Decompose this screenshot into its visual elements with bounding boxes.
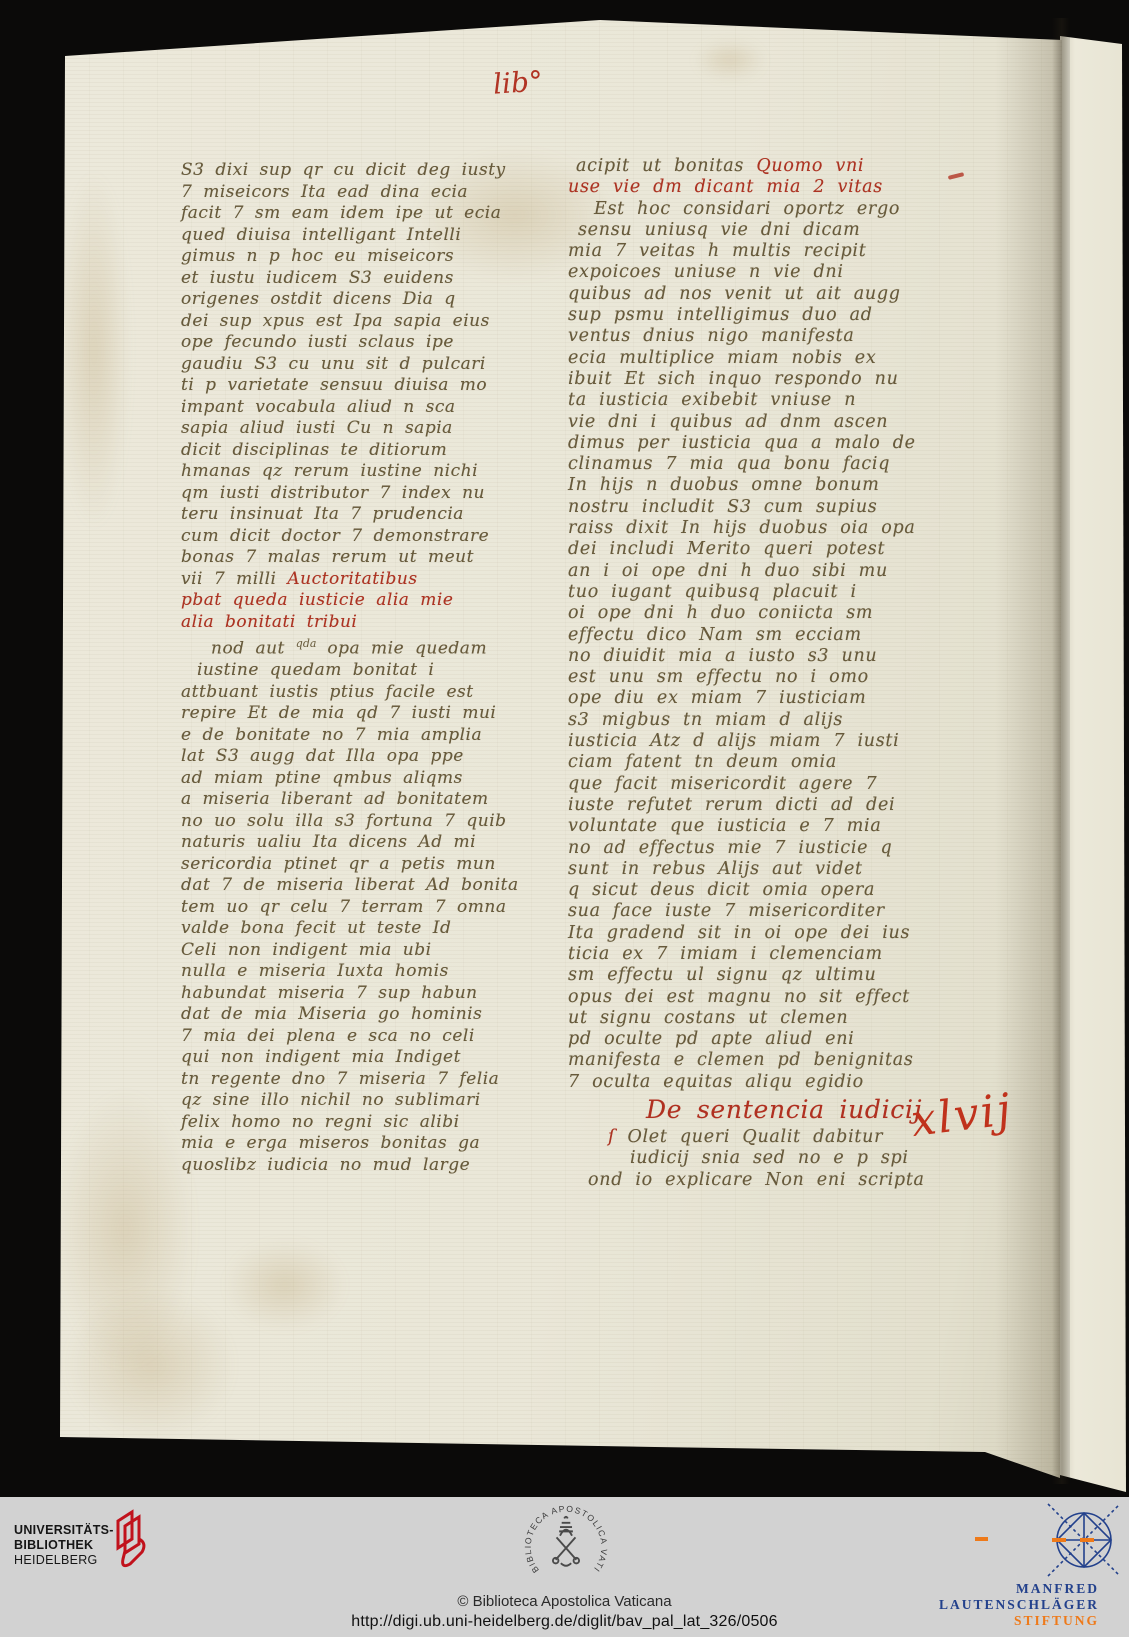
ink-text: sericordia ptinet qr a petis mun	[181, 854, 496, 874]
ink-text: Celi non indigent mia ubi	[181, 940, 432, 960]
manuscript-line: mia 7 veitas h multis recipit	[568, 241, 1036, 262]
manuscript-line: raiss dixit In hijs duobus oia opa	[568, 518, 1036, 539]
mls-line-1: MANFRED	[939, 1581, 1099, 1597]
manuscript-line: oi ope dni h duo coniicta sm	[568, 603, 1036, 624]
manuscript-line: 7 mia dei plena e sca no celi	[181, 1026, 553, 1048]
manuscript-line: Est hoc considari oportz ergo	[568, 199, 1036, 220]
ub-line-3: HEIDELBERG	[14, 1553, 114, 1568]
manuscript-line: opus dei est magnu no sit effect	[568, 987, 1036, 1008]
ink-text: ti p varietate sensuu diuisa mo	[181, 375, 487, 395]
manuscript-line: tn regente dno 7 miseria 7 felia	[181, 1069, 553, 1091]
ink-text: quibus ad nos venit ut ait augg	[568, 284, 901, 304]
ink-text: sua face iuste 7 misericorditer	[568, 901, 885, 921]
manuscript-line: sm effectu ul signu qz ultimu	[568, 965, 1036, 986]
rubric-text: Quomo vni	[756, 156, 864, 176]
manuscript-line: origenes ostdit dicens Dia q	[181, 289, 553, 311]
manuscript-line: que facit misericordit agere 7	[568, 774, 1036, 795]
mls-line-3: STIFTUNG	[939, 1613, 1099, 1629]
ink-text: S3 dixi sup qr cu dicit deg iusty	[181, 160, 506, 180]
ink-text: ta iusticia exibebit vniuse n	[568, 390, 856, 410]
ink-text: dimus per iusticia qua a malo de	[568, 433, 916, 453]
manuscript-line: repire Et de mia qd 7 iusti mui	[181, 703, 553, 725]
ink-text: valde bona fecit ut teste Id	[181, 918, 451, 938]
rubric-text: Auctoritatibus	[287, 569, 417, 589]
vatican-seal-icon: BIBLIOTECA APOSTOLICA VATICANA	[523, 1503, 609, 1589]
manuscript-line: dei sup xpus est Ipa sapia eius	[181, 311, 553, 333]
mls-compass-icon	[1040, 1503, 1124, 1577]
manuscript-line: naturis ualiu Ita dicens Ad mi	[181, 832, 553, 854]
manuscript-line: cum dicit doctor 7 demonstrare	[181, 526, 553, 548]
manuscript-line: expoicoes uniuse n vie dni	[568, 262, 1036, 283]
manuscript-line: S3 dixi sup qr cu dicit deg iusty	[181, 160, 553, 182]
footer-bar: UNIVERSITÄTS- BIBLIOTHEK HEIDELBERG BIBL…	[0, 1497, 1129, 1637]
manuscript-line: q sicut deus dicit omia opera	[568, 880, 1036, 901]
ink-text: lat S3 augg dat Illa opa ppe	[181, 746, 464, 766]
ink-text: qui non indigent mia Indiget	[181, 1047, 461, 1067]
stain	[65, 1290, 235, 1440]
manuscript-line: no diuidit mia a iusto s3 unu	[568, 646, 1036, 667]
ink-text: quoslibz iudicia no mud large	[181, 1155, 470, 1175]
ink-text: impant vocabula aliud n sca	[181, 397, 456, 417]
ink-text: iustine quedam bonitat i	[197, 660, 434, 680]
manuscript-line: sensu uniusq vie dni dicam	[568, 220, 1036, 241]
manuscript-page: lib° S3 dixi sup qr cu dicit deg iusty7 …	[55, 10, 1067, 1488]
ink-text: ut signu costans ut clemen	[568, 1008, 848, 1028]
ink-text: ticia ex 7 imiam i clemenciam	[568, 944, 883, 964]
manuscript-line: sua face iuste 7 misericorditer	[568, 901, 1036, 922]
ink-text: iudicij snia sed no e p spi	[630, 1148, 909, 1168]
manuscript-line: qz sine illo nichil no sublimari	[181, 1090, 553, 1112]
rubric-text: alia bonitati tribui	[181, 612, 357, 632]
ink-text: nod aut	[211, 639, 296, 659]
ink-text: naturis ualiu Ita dicens Ad mi	[181, 832, 476, 852]
ink-text: tuo iugant quibusq placuit i	[568, 582, 857, 602]
ink-text: mia 7 veitas h multis recipit	[568, 241, 866, 261]
svg-text:BIBLIOTECA APOSTOLICA VATICA: BIBLIOTECA APOSTOLICA VATICANA	[523, 1503, 609, 1575]
ink-text: qm iusti distributor 7 index nu	[181, 483, 485, 503]
ink-text: effectu dico Nam sm ecciam	[568, 625, 862, 645]
mls-line-2: LAUTENSCHLÄGER	[939, 1597, 1099, 1613]
manuscript-line: et iustu iudicem S3 euidens	[181, 268, 553, 290]
manuscript-line: iuste refutet rerum dicti ad dei	[568, 795, 1036, 816]
manuscript-line: ecia multiplice miam nobis ex	[568, 348, 1036, 369]
manuscript-line: sapia aliud iusti Cu n sapia	[181, 418, 553, 440]
manuscript-line: ta iusticia exibebit vniuse n	[568, 390, 1036, 411]
manuscript-line: bonas 7 malas rerum ut meut	[181, 547, 553, 569]
ink-text: cum dicit doctor 7 demonstrare	[181, 526, 489, 546]
manuscript-line: pbat queda iusticie alia mie	[181, 590, 553, 612]
ink-text: vie dni i quibus ad dnm ascen	[568, 412, 888, 432]
ink-text: gaudiu S3 cu unu sit d pulcari	[181, 354, 486, 374]
ub-heidelberg-book-icon	[104, 1509, 150, 1571]
ink-text: no uo solu illa s3 fortuna 7 quib	[181, 811, 507, 831]
manuscript-line: tuo iugant quibusq placuit i	[568, 582, 1036, 603]
ink-text: sunt in rebus Alijs aut videt	[568, 859, 863, 879]
manuscript-line: In hijs n duobus omne bonum	[568, 475, 1036, 496]
text-column-left: S3 dixi sup qr cu dicit deg iusty7 misei…	[181, 160, 553, 1176]
ink-text: ad miam ptine qmbus aliqms	[181, 768, 463, 788]
ink-text: oi ope dni h duo coniicta sm	[568, 603, 873, 623]
ub-line-2: BIBLIOTHEK	[14, 1538, 114, 1553]
ink-text: origenes ostdit dicens Dia q	[181, 289, 456, 309]
manuscript-line: mia e erga miseros bonitas ga	[181, 1133, 553, 1155]
rubric-text: pbat queda iusticie alia mie	[181, 590, 453, 610]
manuscript-line: dat 7 de miseria liberat Ad bonita	[181, 875, 553, 897]
ub-line-1: UNIVERSITÄTS-	[14, 1523, 114, 1538]
rubric-text: use vie dm dicant mia 2 vitas	[568, 177, 883, 197]
manuscript-line: clinamus 7 mia qua bonu faciq	[568, 454, 1036, 475]
ink-text: mia e erga miseros bonitas ga	[181, 1133, 480, 1153]
ink-text: sensu uniusq vie dni dicam	[578, 220, 860, 240]
ink-text: qued diuisa intelligant Intelli	[181, 225, 461, 245]
ink-text: manifesta e clemen pd benignitas	[568, 1050, 914, 1070]
manuscript-line: ti p varietate sensuu diuisa mo	[181, 375, 553, 397]
stain	[695, 40, 765, 80]
ink-text: dicit disciplinas te ditiorum	[181, 440, 447, 460]
ink-text: opus dei est magnu no sit effect	[568, 987, 910, 1007]
manuscript-line: sunt in rebus Alijs aut videt	[568, 859, 1036, 880]
ink-text: ope fecundo iusti sclaus ipe	[181, 332, 454, 352]
manuscript-line: e de bonitate no 7 mia amplia	[181, 725, 553, 747]
manuscript-line: ad miam ptine qmbus aliqms	[181, 768, 553, 790]
manuscript-line: voluntate que iusticia e 7 mia	[568, 816, 1036, 837]
manuscript-line: teru insinuat Ita 7 prudencia	[181, 504, 553, 526]
manuscript-line: a miseria liberant ad bonitatem	[181, 789, 553, 811]
ink-text: iusticia Atz d alijs miam 7 iusti	[568, 731, 899, 751]
ink-text: pd oculte pd apte aliud eni	[568, 1029, 854, 1049]
ink-text: est unu sm effectu no i omo	[568, 667, 869, 687]
ink-text: acipit ut bonitas	[576, 156, 756, 176]
ink-text: hmanas qz rerum iustine nichi	[181, 461, 478, 481]
manuscript-line: sup psmu intelligimus duo ad	[568, 305, 1036, 326]
manuscript-line: impant vocabula aliud n sca	[181, 397, 553, 419]
manuscript-line: valde bona fecit ut teste Id	[181, 918, 553, 940]
ink-text: ecia multiplice miam nobis ex	[568, 348, 876, 368]
manuscript-line: dicit disciplinas te ditiorum	[181, 440, 553, 462]
ink-text: attbuant iustis ptius facile est	[181, 682, 474, 702]
ink-text: ibuit Et sich inquo respondo nu	[568, 369, 899, 389]
manuscript-line: ope fecundo iusti sclaus ipe	[181, 332, 553, 354]
manuscript-line: est unu sm effectu no i omo	[568, 667, 1036, 688]
ink-text: iuste refutet rerum dicti ad dei	[568, 795, 895, 815]
ink-text: nostru includit S3 cum supius	[568, 497, 877, 517]
ink-text: Ita gradend sit in oi ope dei ius	[568, 923, 910, 943]
mls-wordmark: MANFRED LAUTENSCHLÄGER STIFTUNG	[939, 1581, 1099, 1629]
manuscript-line: ut signu costans ut clemen	[568, 1008, 1036, 1029]
manuscript-line: no ad effectus mie 7 iusticie q	[568, 838, 1036, 859]
manuscript-line: 7 miseicors Ita ead dina ecia	[181, 182, 553, 204]
manuscript-line: iusticia Atz d alijs miam 7 iusti	[568, 731, 1036, 752]
stain	[55, 1090, 195, 1370]
manuscript-line: s3 migbus tn miam d alijs	[568, 710, 1036, 731]
manuscript-line: qui non indigent mia Indiget	[181, 1047, 553, 1069]
ink-text: habundat miseria 7 sup habun	[181, 983, 478, 1003]
manuscript-line: felix homo no regni sic alibi	[181, 1112, 553, 1134]
ink-text: dat de mia Miseria go hominis	[181, 1004, 482, 1024]
ink-text: nulla e miseria Iuxta homis	[181, 961, 449, 981]
ink-text: 7 mia dei plena e sca no celi	[181, 1026, 475, 1046]
manuscript-line: use vie dm dicant mia 2 vitas	[568, 177, 1036, 198]
manuscript-line: ciam fatent tn deum omia	[568, 752, 1036, 773]
manuscript-line: iudicij snia sed no e p spi	[568, 1148, 1036, 1169]
rubric-text: De sentencia iudicij	[646, 1095, 922, 1124]
manuscript-line: gaudiu S3 cu unu sit d pulcari	[181, 354, 553, 376]
stain	[225, 1240, 345, 1330]
ink-text: tem uo qr celu 7 terram 7 omna	[181, 897, 506, 917]
ink-text: expoicoes uniuse n vie dni	[568, 262, 844, 282]
manuscript-line: Celi non indigent mia ubi	[181, 940, 553, 962]
manuscript-line: ventus dnius nigo manifesta	[568, 326, 1036, 347]
stain	[59, 170, 129, 530]
ink-text: a miseria liberant ad bonitatem	[181, 789, 489, 809]
manuscript-line: no uo solu illa s3 fortuna 7 quib	[181, 811, 553, 833]
ink-text: ond io explicare Non eni scripta	[588, 1170, 925, 1190]
running-title: lib°	[492, 64, 544, 100]
manuscript-line: vie dni i quibus ad dnm ascen	[568, 412, 1036, 433]
manuscript-line: habundat miseria 7 sup habun	[181, 983, 553, 1005]
ink-text: qda	[296, 637, 317, 650]
manuscript-line: tem uo qr celu 7 terram 7 omna	[181, 897, 553, 919]
manuscript-line: attbuant iustis ptius facile est	[181, 682, 553, 704]
manuscript-line: vii 7 milli Auctoritatibus	[181, 569, 553, 591]
digitized-manuscript-scan: lib° S3 dixi sup qr cu dicit deg iusty7 …	[0, 0, 1129, 1637]
manuscript-line: qued diuisa intelligant Intelli	[181, 225, 553, 247]
ink-text: Est hoc considari oportz ergo	[594, 199, 900, 219]
manuscript-line: nulla e miseria Iuxta homis	[181, 961, 553, 983]
manuscript-line: effectu dico Nam sm ecciam	[568, 625, 1036, 646]
manuscript-line: ope diu ex miam 7 iusticiam	[568, 688, 1036, 709]
ink-text: s3 migbus tn miam d alijs	[568, 710, 843, 730]
manuscript-line: hmanas qz rerum iustine nichi	[181, 461, 553, 483]
manuscript-line: ond io explicare Non eni scripta	[568, 1170, 1036, 1191]
manuscript-line: pd oculte pd apte aliud eni	[568, 1029, 1036, 1050]
manuscript-line: an i oi ope dni h duo sibi mu	[568, 561, 1036, 582]
ink-text: felix homo no regni sic alibi	[181, 1112, 460, 1132]
ink-text: qz sine illo nichil no sublimari	[181, 1090, 481, 1110]
manuscript-line: lat S3 augg dat Illa opa ppe	[181, 746, 553, 768]
ink-text: gimus n p hoc eu miseicors	[181, 246, 454, 266]
ink-text: facit 7 sm eam idem ipe ut ecia	[181, 203, 501, 223]
ink-text: 7 oculta equitas aliqu egidio	[568, 1072, 864, 1092]
ink-text: sapia aliud iusti Cu n sapia	[181, 418, 453, 438]
ink-text: e de bonitate no 7 mia amplia	[181, 725, 482, 745]
manuscript-line: dat de mia Miseria go hominis	[181, 1004, 553, 1026]
ink-text: In hijs n duobus omne bonum	[568, 475, 880, 495]
manuscript-line: ticia ex 7 imiam i clemenciam	[568, 944, 1036, 965]
manuscript-line: alia bonitati tribui	[181, 612, 553, 634]
manuscript-line: qm iusti distributor 7 index nu	[181, 483, 553, 505]
text-column-right: acipit ut bonitas Quomo vniuse vie dm di…	[568, 156, 1036, 1191]
manuscript-line: Ita gradend sit in oi ope dei ius	[568, 923, 1036, 944]
manuscript-line: ibuit Et sich inquo respondo nu	[568, 369, 1036, 390]
ink-text: vii 7 milli	[181, 569, 287, 589]
ink-text: dei includi Merito queri potest	[568, 539, 885, 559]
manuscript-line: manifesta e clemen pd benignitas	[568, 1050, 1036, 1071]
ink-text: dei sup xpus est Ipa sapia eius	[181, 311, 490, 331]
ink-text: raiss dixit In hijs duobus oia opa	[568, 518, 916, 538]
manuscript-line: gimus n p hoc eu miseicors	[181, 246, 553, 268]
ink-text: dat 7 de miseria liberat Ad bonita	[181, 875, 519, 895]
ink-text: an i oi ope dni h duo sibi mu	[568, 561, 888, 581]
manuscript-line: facit 7 sm eam idem ipe ut ecia	[181, 203, 553, 225]
manuscript-line: nostru includit S3 cum supius	[568, 497, 1036, 518]
ink-text: que facit misericordit agere 7	[568, 774, 877, 794]
manuscript-line: dei includi Merito queri potest	[568, 539, 1036, 560]
ub-heidelberg-wordmark: UNIVERSITÄTS- BIBLIOTHEK HEIDELBERG	[14, 1523, 114, 1568]
manuscript-line: quoslibz iudicia no mud large	[181, 1155, 553, 1177]
ink-text: 7 miseicors Ita ead dina ecia	[181, 182, 468, 202]
manuscript-line: iustine quedam bonitat i	[181, 660, 553, 682]
ink-text: sup psmu intelligimus duo ad	[568, 305, 873, 325]
ink-text: q sicut deus dicit omia opera	[568, 880, 875, 900]
rubric-text: ſ	[608, 1127, 627, 1147]
ink-text: bonas 7 malas rerum ut meut	[181, 547, 474, 567]
manuscript-line: acipit ut bonitas Quomo vni	[568, 156, 1036, 177]
binding-gutter-shadow	[1052, 18, 1070, 1484]
ink-text: sm effectu ul signu qz ultimu	[568, 965, 876, 985]
ink-text: ciam fatent tn deum omia	[568, 752, 837, 772]
ink-text: opa mie quedam	[316, 639, 487, 659]
ink-text: no diuidit mia a iusto s3 unu	[568, 646, 877, 666]
manuscript-line: dimus per iusticia qua a malo de	[568, 433, 1036, 454]
ink-text: voluntate que iusticia e 7 mia	[568, 816, 881, 836]
ink-text: tn regente dno 7 miseria 7 felia	[181, 1069, 499, 1089]
ink-text: ope diu ex miam 7 iusticiam	[568, 688, 866, 708]
ink-text: Olet queri Qualit dabitur	[627, 1127, 883, 1147]
ink-text: et iustu iudicem S3 euidens	[181, 268, 454, 288]
ink-text: teru insinuat Ita 7 prudencia	[181, 504, 464, 524]
ink-text: repire Et de mia qd 7 iusti mui	[181, 703, 496, 723]
manuscript-line: sericordia ptinet qr a petis mun	[181, 854, 553, 876]
manuscript-line: quibus ad nos venit ut ait augg	[568, 284, 1036, 305]
ink-text: ventus dnius nigo manifesta	[568, 326, 855, 346]
ink-text: clinamus 7 mia qua bonu faciq	[568, 454, 890, 474]
manuscript-line: nod aut qda opa mie quedam	[181, 633, 553, 660]
mls-orange-dash	[975, 1537, 988, 1541]
ink-text: no ad effectus mie 7 iusticie q	[568, 838, 892, 858]
